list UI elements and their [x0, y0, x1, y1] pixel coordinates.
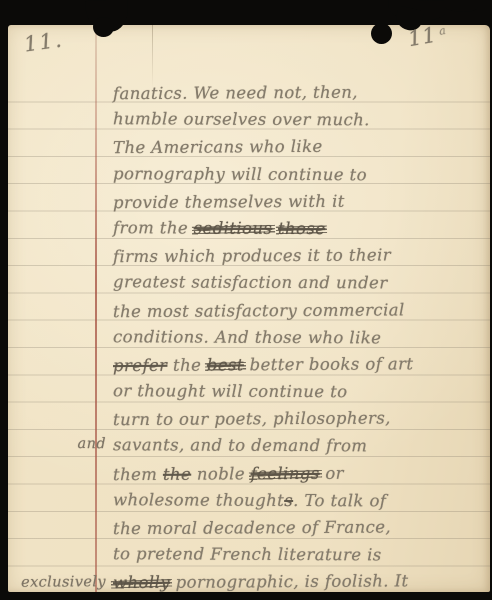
manuscript-line: pornography will continue to [113, 160, 483, 189]
handwriting-segment: firms which produces it to their [113, 246, 391, 267]
handwriting-segment-struck: those [278, 219, 326, 238]
manuscript-line: greatest satisfaction and under [113, 269, 483, 298]
margin-word: exclusively [21, 570, 106, 598]
handwriting-segment: humble ourselves over much. [113, 109, 370, 129]
handwriting-segment-struck: wholly [113, 573, 170, 592]
manuscript-line: wholesome thoughts. To talk of [113, 486, 483, 515]
handwriting-segment-struck: seditious [194, 218, 273, 237]
red-margin-line [95, 25, 97, 592]
handwriting-segment: or [320, 463, 344, 482]
manuscript-line: turn to our poets, philosophers, [113, 404, 483, 433]
handwriting-segment: savants, and to demand from [113, 436, 367, 456]
handwriting-segment: pornography will continue to [113, 164, 367, 184]
manuscript-lines: fanatics. We need not, then,humble ourse… [113, 79, 483, 596]
handwriting-segment: the [167, 355, 207, 374]
handwriting-segment: turn to our poets, philosophers, [113, 409, 391, 430]
handwriting-segment-struck: the [163, 464, 191, 483]
handwriting-segment: the most satisfactory commercial [113, 300, 405, 321]
handwriting-segment: pornographic, is foolish. It [170, 572, 409, 592]
manuscript-line: humble ourselves over much. [113, 105, 483, 134]
handwriting-segment-struck: s [284, 491, 293, 510]
manuscript-line: The Americans who like [113, 132, 483, 161]
handwriting-segment-struck: prefer [113, 356, 167, 375]
handwriting-segment-struck: best [207, 355, 244, 374]
margin-word: and [77, 431, 106, 458]
manuscript-line: the most satisfactory commercial [113, 295, 483, 324]
manuscript-line: or thought will continue to [113, 377, 483, 406]
handwriting-segment: greatest satisfaction and under [113, 273, 388, 293]
manuscript-line: from the seditious those [113, 214, 483, 243]
handwriting-segment: better books of art [244, 354, 414, 374]
handwriting-segment: conditions. And those who like [113, 327, 381, 347]
manuscript-line: fanatics. We need not, then, [113, 78, 483, 107]
manuscript-line: provide themselves with it [113, 187, 483, 216]
manuscript-line: the moral decadence of France, [113, 513, 483, 542]
handwriting-segment: noble [191, 464, 251, 483]
screenshot-root: 11. 11a fanatics. We need not, then,humb… [0, 0, 492, 600]
handwriting-segment: provide themselves with it [113, 191, 345, 211]
handwriting-segment: The Americans who like [113, 137, 323, 157]
handwriting-segment: from the [113, 218, 194, 237]
manuscript-line: them the noble feelings or [113, 458, 483, 487]
manuscript-line: prefer the best better books of art [113, 350, 483, 379]
manuscript-line: to pretend French literature is [113, 540, 483, 569]
manuscript-line: conditions. And those who like [113, 323, 483, 352]
handwriting-segment: them [113, 464, 163, 483]
handwriting-segment: to pretend French literature is [113, 544, 382, 564]
torn-corner-right [444, 0, 478, 12]
punch-hole-left [93, 17, 114, 37]
punch-hole-right [371, 23, 392, 44]
handwriting-segment: fanatics. We need not, then, [113, 83, 358, 103]
handwriting-segment: the moral decadence of France, [113, 517, 391, 538]
page-number-right-text: 11 [406, 23, 438, 52]
manuscript-line: andsavants, and to demand from [113, 432, 483, 461]
handwriting-segment-struck: feelings [251, 463, 320, 482]
manuscript-line: firms which produces it to their [113, 241, 483, 270]
handwriting-segment: or thought will continue to [113, 381, 348, 401]
handwriting-segment: wholesome thought [113, 490, 284, 510]
handwriting-segment: . To talk of [293, 491, 386, 510]
manuscript-line: exclusivelywholly pornographic, is fooli… [113, 567, 483, 596]
